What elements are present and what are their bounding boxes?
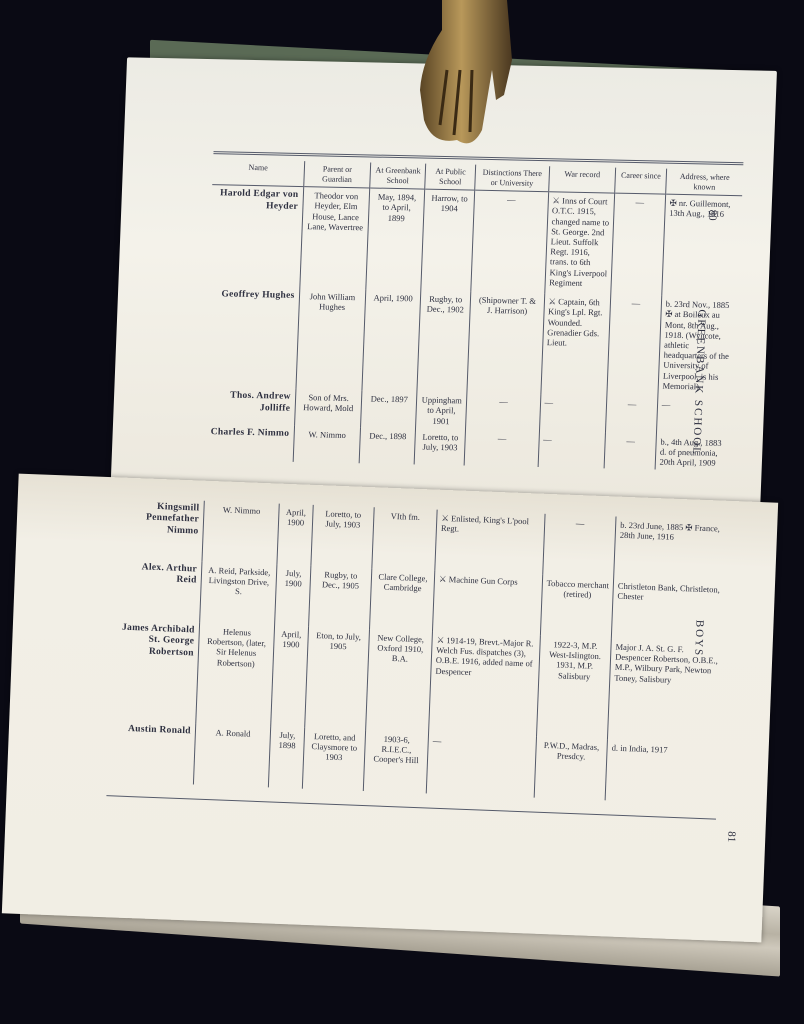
- page-number-81: 81: [725, 831, 737, 842]
- cell-career: —: [542, 514, 616, 578]
- cell-name: James Archibald St. George Robertson: [109, 619, 199, 723]
- cell-greenbank: April, 1900: [271, 626, 308, 728]
- cell-war-record: ⚔ Captain, 6th King's Lpl. Rgt. Wounded.…: [540, 293, 611, 395]
- cell-name: Alex. Arthur Reid: [113, 558, 202, 622]
- cell-parent: A. Reid, Parkside, Livingston Drive, S.: [199, 562, 277, 626]
- cell-parent: W. Nimmo: [202, 501, 280, 565]
- cell-distinctions: VIth fm.: [372, 507, 437, 570]
- cell-address: Christleton Bank, Christleton, Chester: [611, 577, 725, 642]
- cell-career: Tobacco merchant (retired): [540, 575, 614, 639]
- cell-parent: Helenus Robertson, (later, Sir Helenus R…: [196, 623, 275, 727]
- page-number-80: 80: [706, 210, 718, 221]
- table-row: Geoffrey HughesJohn William HughesApril,…: [204, 286, 738, 398]
- cell-distinctions: New College, Oxford 1910, B.A.: [366, 629, 433, 732]
- brass-hand-icon: [412, 0, 522, 150]
- cell-parent: Son of Mrs. Howard, Mold: [294, 389, 362, 427]
- col-public-school: At Public School: [425, 164, 477, 191]
- cell-public-school: Rugby, to Dec., 1905: [308, 566, 372, 629]
- register-table-page-81: Kingsmill Pennefather NimmoW. NimmoApril…: [107, 497, 727, 804]
- running-head-right: BOYS: [692, 620, 705, 658]
- cell-war-record: ⚔ 1914-19, Brevt.-Major R. Welch Fus. di…: [429, 632, 540, 737]
- cell-distinctions: 1903-6, R.I.E.C., Cooper's Hill: [363, 730, 428, 793]
- cell-parent: John William Hughes: [296, 288, 367, 390]
- col-address: Address, where known: [665, 169, 743, 196]
- table-row: Harold Edgar von HeyderTheodor von Heyde…: [208, 185, 742, 298]
- col-war-record: War record: [548, 166, 616, 193]
- cell-public-school: Rugby, to Dec., 1902: [417, 291, 471, 393]
- cell-address: ✠ nr. Guillemont, 13th Aug., 1916: [662, 194, 743, 297]
- col-name: Name: [212, 159, 304, 187]
- cell-career: —: [606, 396, 658, 434]
- cell-war-record: ⚔ Inns of Court O.T.C. 1915, changed nam…: [544, 192, 615, 295]
- cell-greenbank: July, 1900: [275, 565, 311, 627]
- cell-distinctions: —: [465, 429, 539, 467]
- col-parent: Parent or Guardian: [303, 161, 371, 188]
- cell-parent: A. Ronald: [193, 724, 271, 788]
- cell-greenbank: May, 1894, to April, 1899: [366, 188, 424, 291]
- cell-public-school: Uppingham to April, 1901: [415, 392, 467, 430]
- cell-public-school: Loretto, to July, 1903: [311, 505, 375, 568]
- cell-greenbank: April, 1900: [362, 290, 420, 392]
- cell-distinctions: —: [471, 190, 548, 293]
- cell-career: P.W.D., Madras, Presdcy.: [534, 737, 608, 801]
- cell-war-record: ⚔ Enlisted, King's L'pool Regt.: [435, 510, 545, 575]
- cell-greenbank: April, 1900: [277, 504, 313, 566]
- cell-name: Harold Edgar von Heyder: [208, 185, 303, 288]
- col-career: Career since: [615, 168, 666, 195]
- col-distinctions: Distinctions There or University: [475, 165, 549, 192]
- cell-name: Austin Ronald: [107, 720, 196, 784]
- cell-name: Thos. Andrew Jolliffe: [203, 387, 295, 425]
- cell-distinctions: (Shipowner T. & J. Harrison): [467, 292, 544, 394]
- cell-public-school: Eton, to July, 1905: [304, 627, 369, 730]
- cell-war-record: —: [538, 431, 606, 469]
- page-81: Kingsmill Pennefather NimmoW. NimmoApril…: [2, 474, 778, 943]
- cell-career: —: [604, 432, 656, 470]
- cell-distinctions: —: [466, 393, 540, 431]
- cell-career: —: [611, 193, 665, 295]
- cell-name: Kingsmill Pennefather Nimmo: [116, 497, 205, 561]
- cell-distinctions: Clare College, Cambridge: [370, 568, 435, 631]
- register-table-page-80: Name Parent or Guardian At Greenbank Sch…: [202, 159, 743, 471]
- cell-address: b. 23rd June, 1885 ✠ France, 28th June, …: [614, 517, 728, 582]
- cell-greenbank: Dec., 1898: [360, 427, 416, 465]
- cell-greenbank: Dec., 1897: [361, 391, 417, 429]
- cell-address: Major J. A. St. G. F. Despencer Robertso…: [608, 638, 723, 743]
- cell-career: —: [607, 295, 661, 397]
- col-greenbank: At Greenbank School: [370, 162, 425, 189]
- cell-name: Geoffrey Hughes: [204, 286, 299, 389]
- cell-war-record: ⚔ Machine Gun Corps: [432, 571, 542, 636]
- cell-name: Charles F. Nimmo: [202, 424, 294, 462]
- cell-war-record: —: [426, 733, 536, 798]
- photo-scene: Name Parent or Guardian At Greenbank Sch…: [0, 0, 804, 1024]
- cell-greenbank: July, 1898: [269, 726, 305, 788]
- cell-parent: Theodor von Heyder, Elm House, Lance Lan…: [299, 187, 370, 290]
- cell-career: 1922-3, M.P. West-Islington. 1931, M.P. …: [536, 636, 611, 740]
- cell-public-school: Loretto, and Claysmore to 1903: [302, 728, 366, 791]
- cell-address: d. in India, 1917: [605, 739, 719, 804]
- cell-parent: W. Nimmo: [293, 426, 361, 464]
- cell-war-record: —: [539, 394, 607, 432]
- cell-public-school: Loretto, to July, 1903: [414, 428, 466, 466]
- cell-public-school: Harrow, to 1904: [421, 189, 475, 291]
